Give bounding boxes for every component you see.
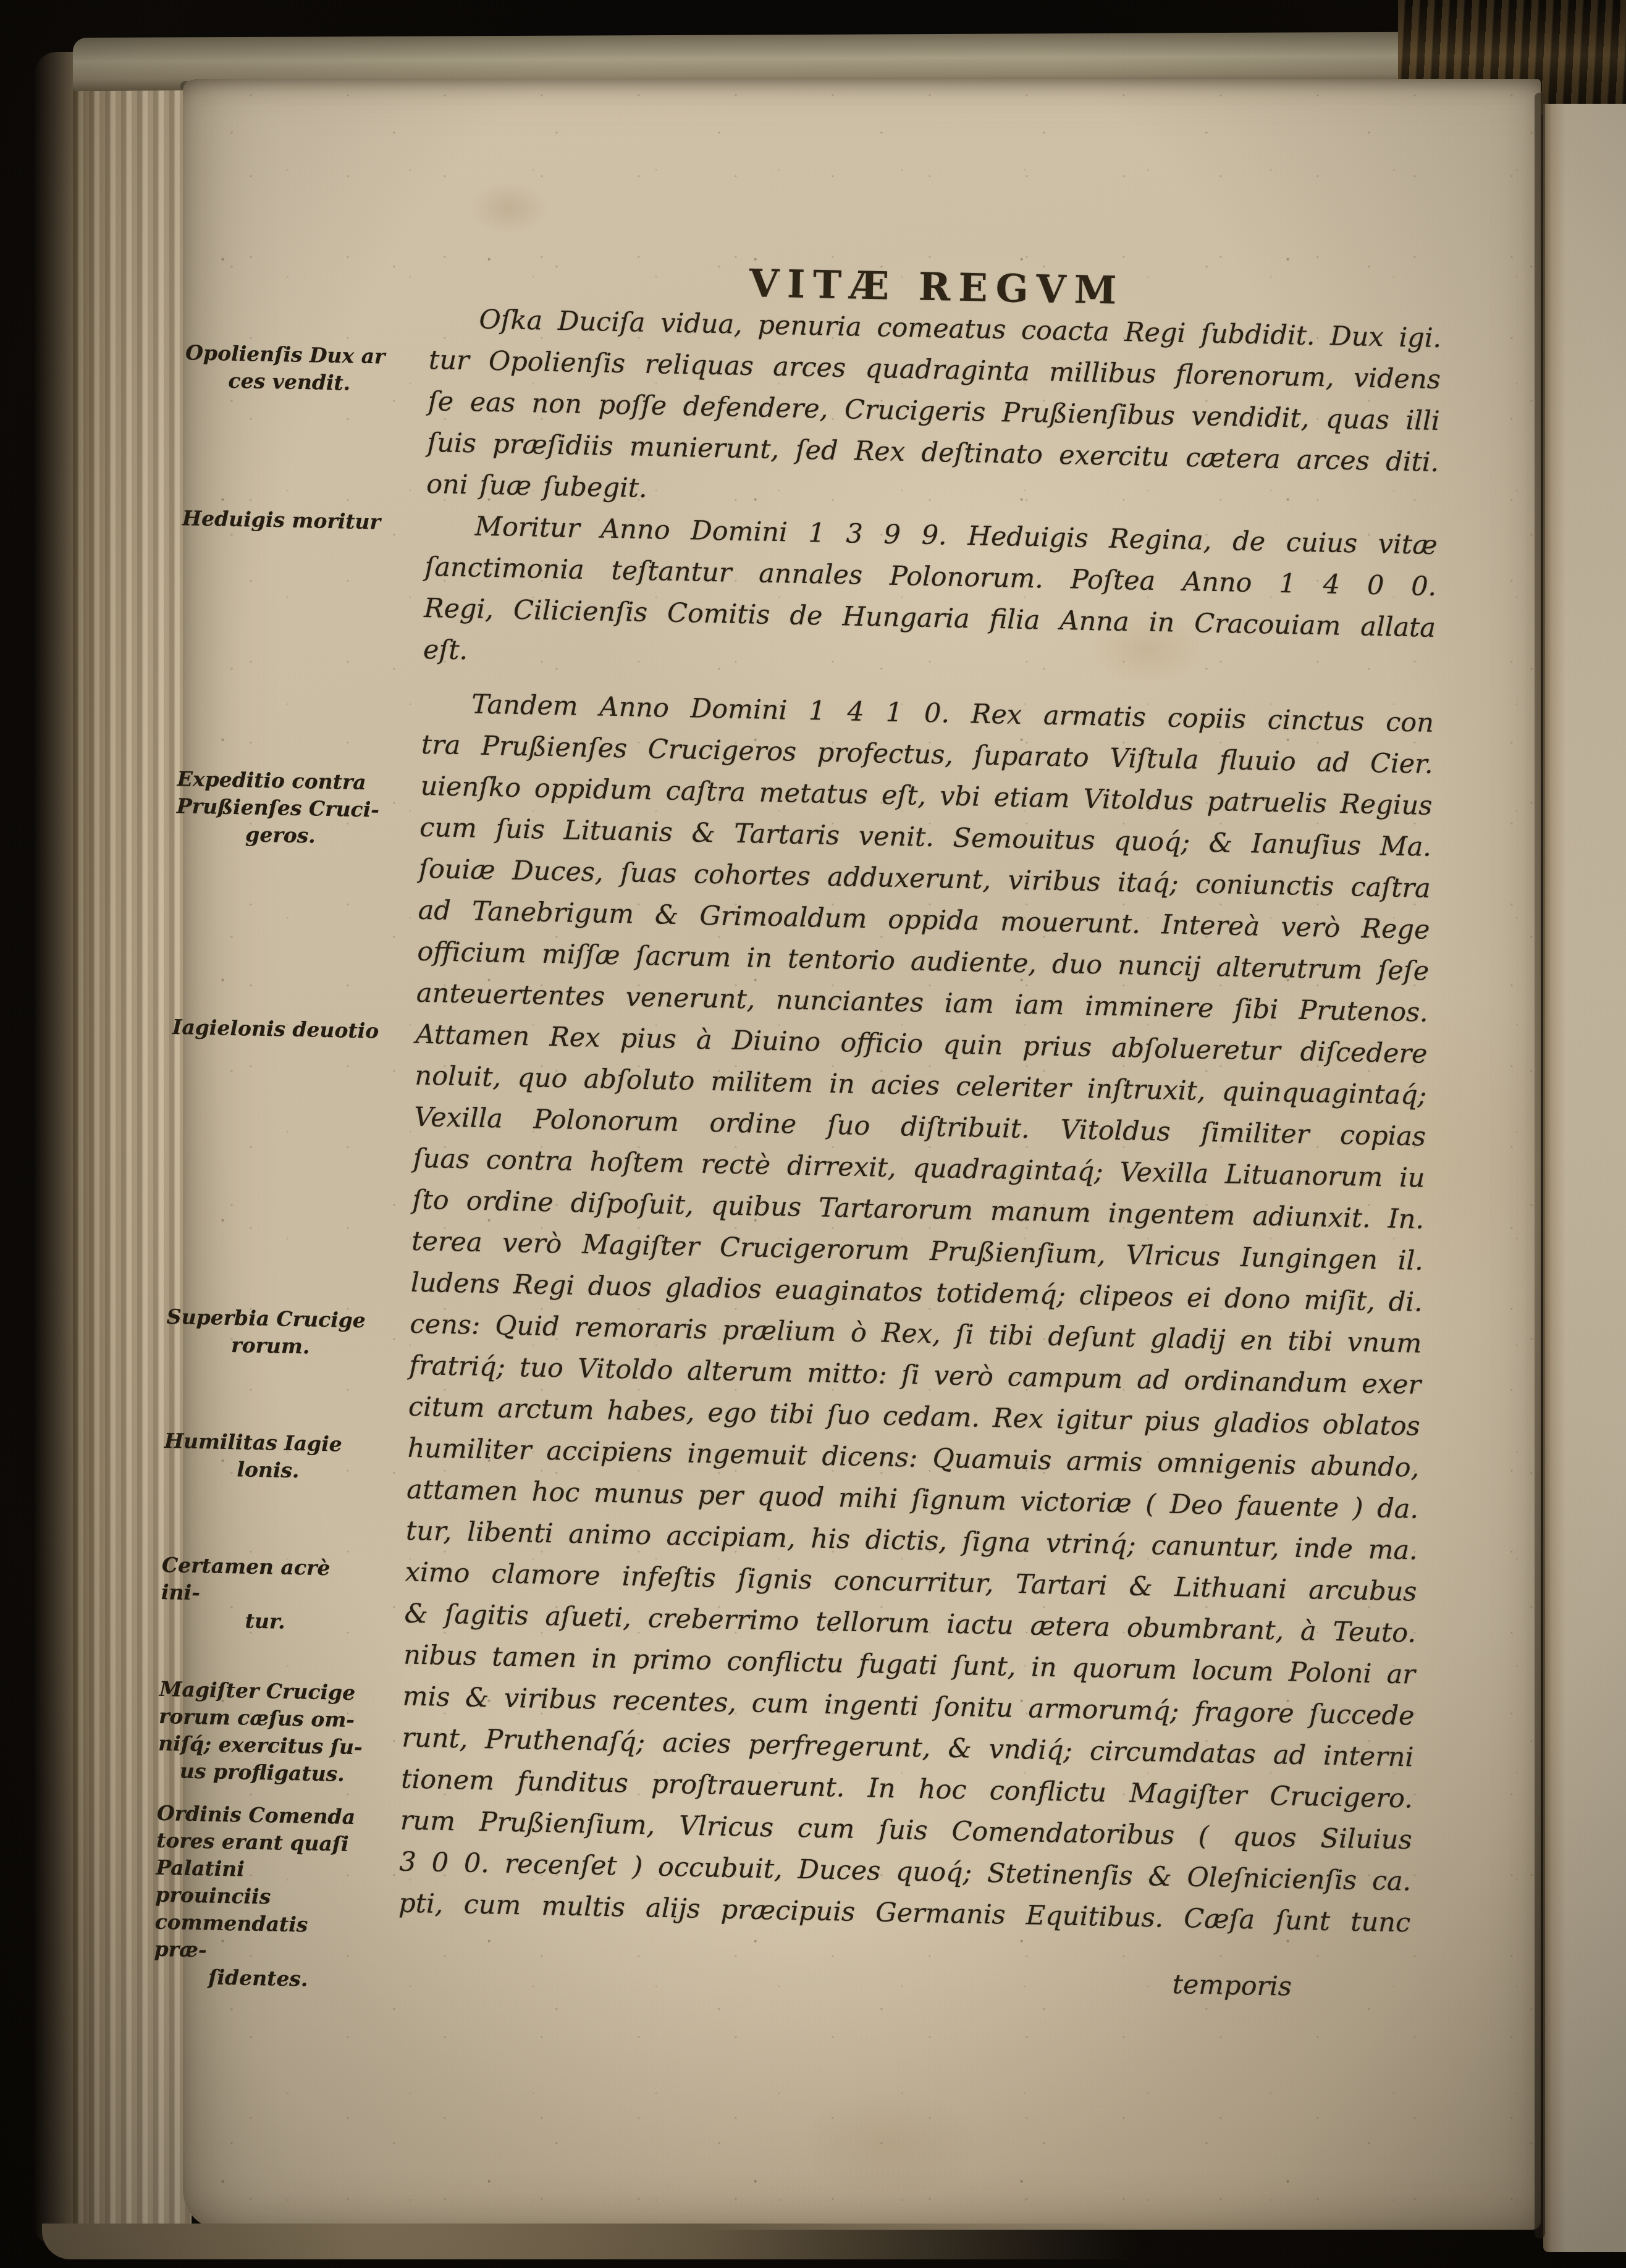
margin-note-line: Ordinis Comenda [157,1800,366,1831]
facing-page-edge [1543,104,1626,2252]
margin-note: Humilitas Iagielonis. [164,1427,374,1486]
page-text-block: VITÆ REGVM Oſka Duciſa vidua, penuria co… [145,74,1545,2251]
margin-note-line: Humilitas Iagie [164,1427,373,1459]
margin-note-line: geros. [176,820,385,851]
margin-note-line: Prußienſes Cruci- [177,792,386,824]
margin-note-line: ces vendit. [185,366,394,398]
margin-note-line: tur. [161,1606,370,1637]
book-cover-bottom-edge [42,2224,1142,2259]
margin-note: Magiſter Crucigerorum cæſus om-niſq́; ex… [158,1676,368,1789]
margin-note-line: Heduigis moritur [182,505,392,536]
margin-note: Expeditio contraPrußienſes Cruci-geros. [176,765,387,851]
margin-note-line: rorum. [166,1330,375,1362]
margin-note-line: Opolienſis Dux ar [185,339,395,371]
book-photo-scene: VITÆ REGVM Oſka Duciſa vidua, penuria co… [0,0,1626,2268]
margin-note-line: ſidentes. [153,1963,363,1994]
margin-note: Iagielonis deuotio [172,1014,382,1045]
margin-note-line: Magiſter Crucige [159,1676,369,1707]
margin-note: Heduigis moritur [182,505,392,536]
margin-note-line: tores erant quaſi [156,1827,366,1858]
gutter-shadow [1535,93,1545,2238]
margin-note-line: Certamen acrè ini- [161,1552,371,1610]
margin-note-line: Superbia Crucige [166,1303,376,1335]
margin-note-line: us profligatus. [158,1757,367,1789]
margin-note: Certamen acrè ini-tur. [161,1552,371,1637]
margin-note: Opolienſis Dux arces vendit. [185,339,395,398]
margin-note-line: lonis. [164,1455,373,1486]
margin-note-line: Iagielonis deuotio [172,1014,382,1045]
margin-note-line: niſq́; exercitus ſu- [158,1730,368,1762]
margin-note-line: Palatini prouinciis [155,1854,365,1913]
margin-note-line: rorum cæſus om- [159,1703,368,1734]
margin-note: Superbia Crucigerorum. [166,1303,376,1362]
margin-note-line: commendatis præ- [154,1909,364,1967]
body-text: Oſka Duciſa vidua, penuria comeatus coac… [397,299,1442,2010]
margin-note-line: Expeditio contra [177,765,386,797]
margin-note: Ordinis Comendatores erant quaſiPalatini… [153,1800,366,1994]
catchword: temporis [397,1949,1410,2010]
